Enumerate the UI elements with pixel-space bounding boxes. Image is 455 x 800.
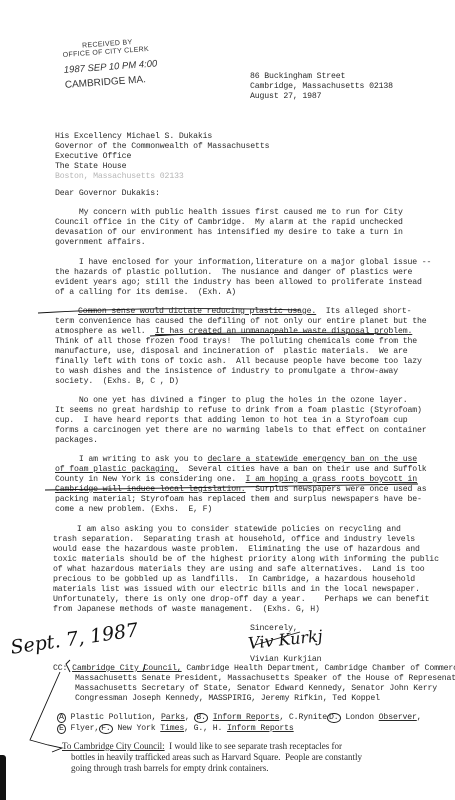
letter-page: RECEIVED BY OFFICE OF CITY CLERK 1987 SE… [0,0,455,800]
pen-annotations [0,0,455,800]
scan-edge-blot [0,755,6,800]
